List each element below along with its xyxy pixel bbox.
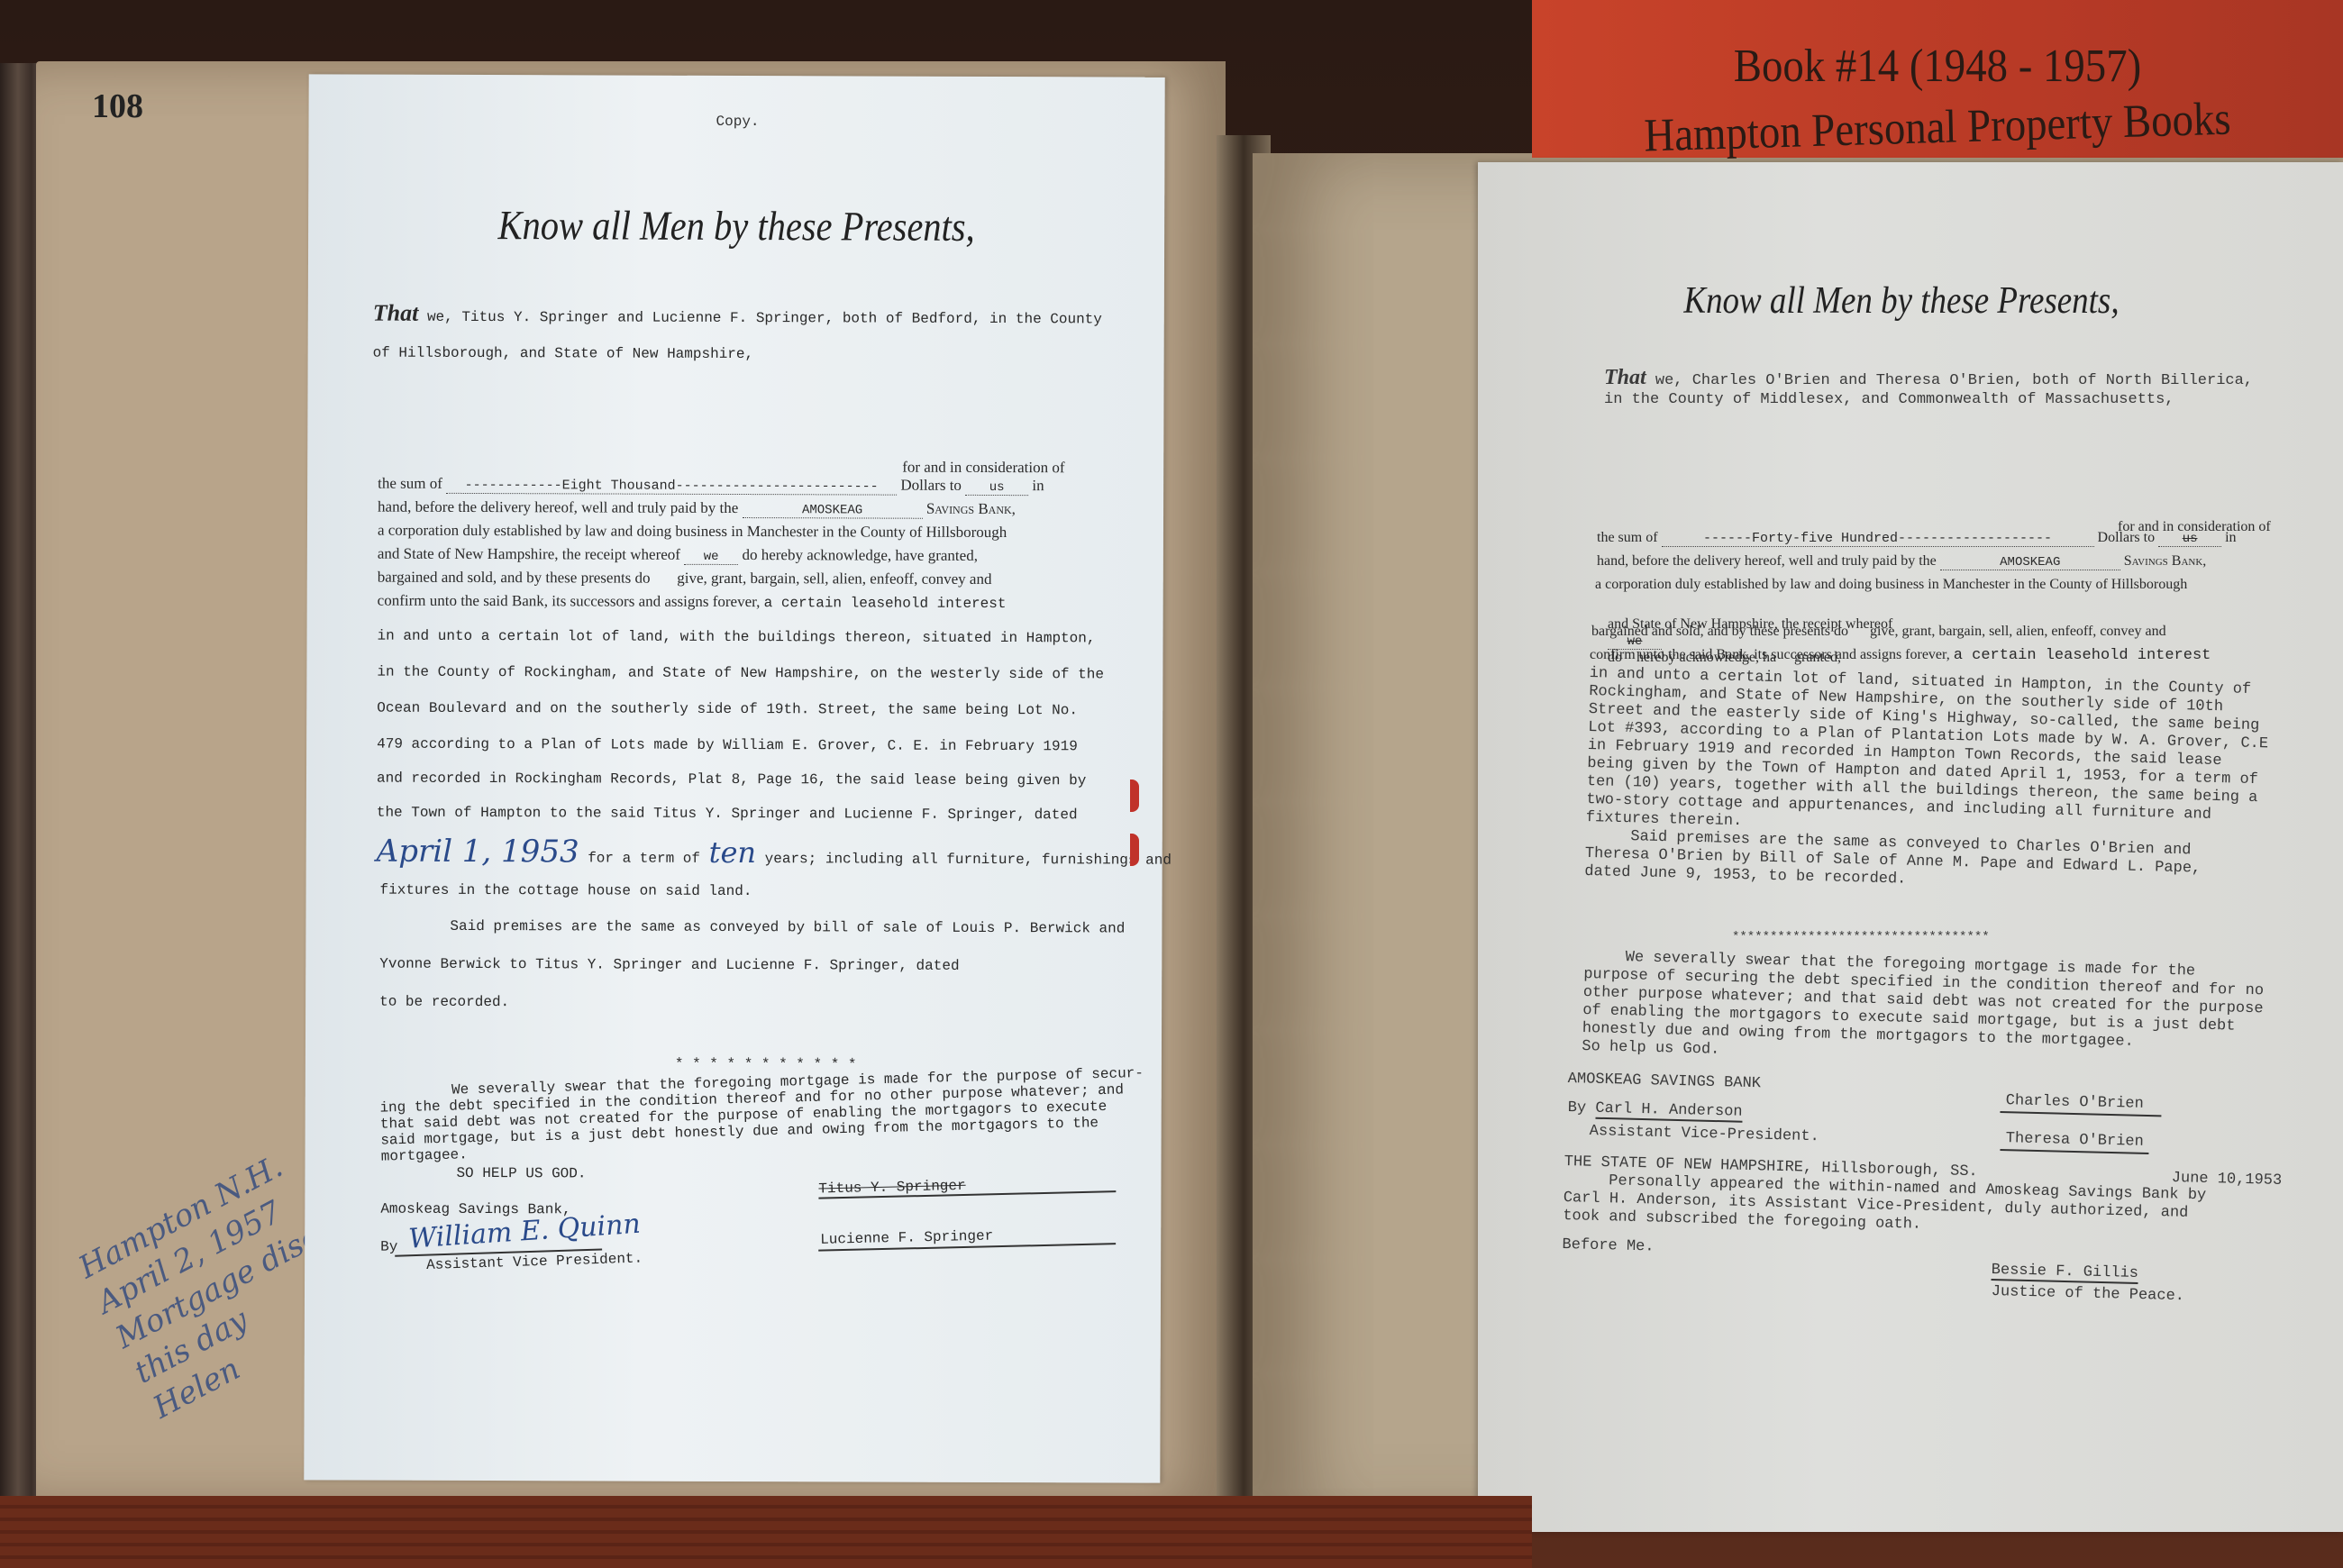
document-title: Know all Men by these Presents, [1521, 279, 2283, 323]
sum-amount: ------------Eight Thousand--------------… [446, 478, 897, 496]
premises-line: Said premises are the same as conveyed b… [450, 918, 1125, 937]
to-whom: us [965, 480, 1028, 496]
bargain-line: bargained and sold, and by these present… [378, 569, 992, 588]
bank-name: AMOSKEAG [743, 503, 923, 519]
body-line: Ocean Boulevard and on the southerly sid… [377, 700, 1078, 719]
document-title: Know all Men by these Presents, [360, 201, 1113, 251]
separator: ********************************** [1732, 930, 1990, 944]
in-word: in [1032, 477, 1044, 494]
confirm-typed: a certain leasehold interest [1954, 647, 2211, 664]
intro-line-1: That we, Titus Y. Springer and Lucienne … [373, 300, 1102, 330]
acknowledgment-block: THE STATE OF NEW HAMPSHIRE, Hillsborough… [1562, 1153, 2189, 1270]
intro-line-2: of Hillsborough, and State of New Hampsh… [373, 345, 754, 362]
sum-line: the sum of ------------Eight Thousand---… [378, 475, 1044, 497]
body-line: 479 according to a Plan of Lots made by … [377, 736, 1078, 755]
corp-line: a corporation duly established by law an… [378, 522, 1007, 542]
page-number: 108 [92, 87, 143, 126]
sum-prefix: the sum of [378, 475, 442, 492]
ack-date: June 10,1953 [2172, 1170, 2283, 1190]
dollars-to: Dollars to [2098, 530, 2156, 545]
premises-line: Yvonne Berwick to Titus Y. Springer and … [379, 956, 959, 974]
hand-text: hand, before the delivery hereof, well a… [378, 498, 738, 516]
red-seal-tab [1130, 779, 1139, 812]
consideration-text: for and in consideration of [902, 459, 1064, 478]
intro-text: we, Titus Y. Springer and Lucienne F. Sp… [427, 309, 1102, 328]
bank-name: AMOSKEAG [1940, 555, 2120, 570]
that-word: That [373, 300, 419, 326]
bank-signer: Carl H. Anderson [1595, 1100, 1743, 1123]
receipt-suffix: do hereby acknowledge, have granted, [742, 546, 978, 564]
corp-line: a corporation duly established by law an… [1595, 577, 2187, 593]
sum-prefix: the sum of [1597, 530, 1658, 545]
premises-line: to be recorded. [379, 994, 509, 1011]
sum-amount: ------Forty-five Hundred----------------… [1662, 531, 2094, 547]
bank-label: AMOSKEAG SAVINGS BANK [1568, 1071, 1762, 1092]
handwritten-date: April 1, 1953 [377, 834, 579, 871]
hand-text: hand, before the delivery hereof, well a… [1597, 553, 1937, 569]
by-label: By [380, 1239, 397, 1255]
body-line: in and unto a certain lot of land, with … [378, 628, 1096, 647]
bargain-line: bargained and sold, and by these present… [1591, 624, 2166, 640]
body-line: in the County of Rockingham, and State o… [377, 664, 1104, 683]
intro-line-2: in the County of Middlesex, and Commonwe… [1604, 391, 2174, 408]
intro-line-1: That we, Charles O'Brien and Theresa O'B… [1604, 366, 2253, 390]
mortgagor-2-signature: Theresa O'Brien [2000, 1130, 2149, 1154]
binder-label-line1: Book #14 (1948 - 1957) [1573, 40, 2302, 93]
handwritten-term: ten [709, 835, 757, 870]
sum-line: the sum of ------Forty-five Hundred-----… [1597, 530, 2237, 547]
hand-line: hand, before the delivery hereof, well a… [1597, 553, 2206, 570]
dollars-to: Dollars to [900, 477, 962, 494]
confirm-line: confirm unto the said Bank, its successo… [1590, 647, 2211, 664]
red-seal-tab [1130, 834, 1139, 866]
by-label: By Carl H. Anderson [1568, 1099, 1743, 1121]
savings-bank: Savings Bank, [926, 500, 1016, 517]
oath-block: We severally swear that the foregoing mo… [1582, 948, 2265, 1072]
confirm-text: confirm unto the said Bank, its successo… [378, 592, 761, 610]
separator: * * * * * * * * * * * [675, 1056, 857, 1073]
mortgagor-1-signature: Charles O'Brien [2000, 1092, 2162, 1117]
mortgagor-2-name: Lucienne F. Springer [820, 1227, 993, 1247]
oath-block: We severally swear that the foregoing mo… [379, 1065, 1126, 1164]
binder-label-line2: Hampton Personal Property Books [1572, 90, 2302, 165]
body-line: and recorded in Rockingham Records, Plat… [377, 770, 1086, 789]
fixtures-line: fixtures in the cottage house on said la… [380, 882, 752, 899]
justice-title: Justice of the Peace. [1992, 1283, 2185, 1305]
confirm-typed: a certain leasehold interest [764, 595, 1007, 612]
binder-cover: Book #14 (1948 - 1957) Hampton Personal … [1532, 0, 2343, 158]
mortgagor-1-name: Titus Y. Springer [818, 1178, 966, 1198]
body-block: in and unto a certain lot of land, situa… [1584, 665, 2270, 898]
term-suffix: years; including all furniture, furnishi… [765, 851, 1171, 869]
table-surface [0, 1496, 1532, 1568]
term-prefix: for a term of [588, 850, 700, 866]
bank-signer-title: Assistant Vice-President. [1590, 1123, 1819, 1145]
right-mortgage-document: Know all Men by these Presents, That we,… [1478, 162, 2343, 1532]
confirm-text: confirm unto the said Bank, its successo… [1590, 647, 1950, 662]
to-whom: us [2158, 532, 2221, 547]
body-line: the Town of Hampton to the said Titus Y.… [377, 805, 1078, 824]
justice-name: Bessie F. Gillis [1991, 1262, 2138, 1284]
confirm-line: confirm unto the said Bank, its successo… [378, 592, 1007, 612]
receipt-prefix: and State of New Hampshire, the receipt … [378, 545, 680, 563]
so-help-us-god: SO HELP US GOD. [456, 1165, 586, 1182]
term-line: April 1, 1953 for a term of ten years; i… [377, 834, 1171, 872]
that-word: That [1604, 366, 1646, 389]
by-word: By [1568, 1099, 1587, 1117]
intro-text: we, Charles O'Brien and Theresa O'Brien,… [1655, 372, 2253, 389]
savings-bank: Savings Bank, [2124, 553, 2207, 569]
in-word: in [2225, 530, 2236, 545]
left-mortgage-document: Copy. Know all Men by these Presents, Th… [304, 74, 1164, 1482]
receipt-line: and State of New Hampshire, the receipt … [378, 545, 978, 566]
receipt-who: we [684, 550, 738, 565]
copy-label: Copy. [716, 114, 760, 130]
hand-line: hand, before the delivery hereof, well a… [378, 498, 1016, 519]
